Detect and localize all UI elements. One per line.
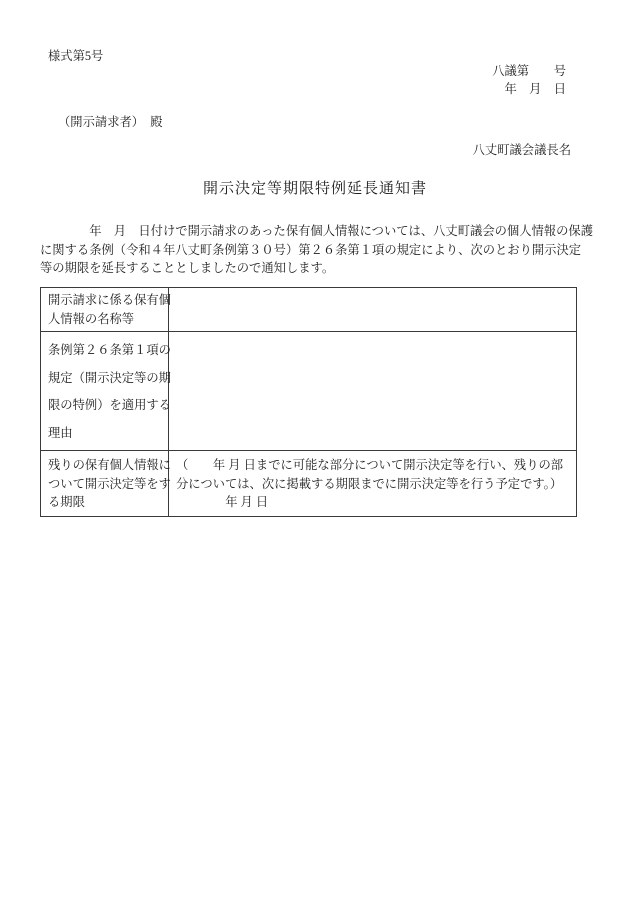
row3-value-cell: （ 年 月 日までに可能な部分について開示決定等を行い、残りの部 分については、… — [169, 451, 577, 517]
date-line: 年 月 日 — [492, 80, 566, 98]
table-row: 条例第２６条第１項の 規定（開示決定等の期 限の特例）を適用する 理由 — [41, 332, 577, 451]
doc-number-line: 八議第 号 — [492, 62, 566, 80]
body-paragraph: 年 月 日付けで開示請求のあった保有個人情報については、八丈町議会の個人情報の保… — [40, 222, 605, 278]
recipient-line: （開示請求者） 殿 — [58, 112, 163, 130]
document-page: { "doc": { "form_number": "様式第5号", "doc_… — [0, 0, 630, 903]
document-title: 開示決定等期限特例延長通知書 — [0, 177, 630, 198]
notice-table: 開示請求に係る保有個 人情報の名称等 条例第２６条第１項の 規定（開示決定等の期… — [40, 287, 577, 517]
sender-line: 八丈町議会議長名 — [473, 140, 571, 158]
row3-label-cell: 残りの保有個人情報に ついて開示決定等をす る期限 — [41, 451, 169, 517]
row1-value-cell — [169, 288, 577, 332]
row1-label-cell: 開示請求に係る保有個 人情報の名称等 — [41, 288, 169, 332]
row2-value-cell — [169, 332, 577, 451]
table-row: 開示請求に係る保有個 人情報の名称等 — [41, 288, 577, 332]
form-number: 様式第5号 — [48, 46, 103, 64]
header-number-block: 八議第 号 年 月 日 — [492, 62, 566, 98]
table-row: 残りの保有個人情報に ついて開示決定等をす る期限 （ 年 月 日までに可能な部… — [41, 451, 577, 517]
row2-label-cell: 条例第２６条第１項の 規定（開示決定等の期 限の特例）を適用する 理由 — [41, 332, 169, 451]
